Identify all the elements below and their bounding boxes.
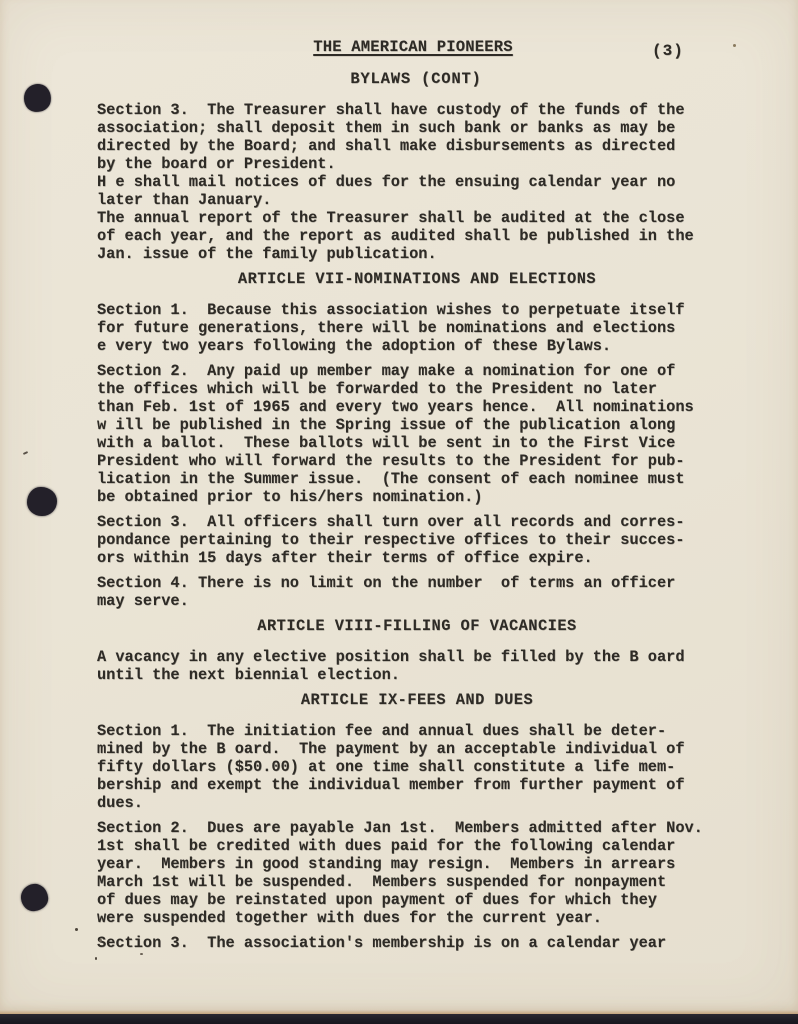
paragraph-vacancy: A vacancy in any elective position shall… — [97, 648, 737, 684]
paragraph-section3-membership: Section 3. The association's membership … — [97, 934, 737, 952]
page-number: (3) — [652, 42, 684, 60]
heading-article-ix: ARTICLE IX-FEES AND DUES — [97, 691, 737, 709]
paragraph-section1-nominations: Section 1. Because this association wish… — [97, 301, 737, 355]
heading-article-viii: ARTICLE VIII-FILLING OF VACANCIES — [97, 617, 737, 635]
page-header: THE AMERICAN PIONEERS (3) — [0, 0, 798, 56]
paragraph-section1-fees: Section 1. The initiation fee and annual… — [97, 722, 737, 812]
paper-speck — [140, 953, 143, 955]
page-subtitle: BYLAWS (CONT) — [0, 70, 798, 88]
paragraph-section3-records: Section 3. All officers shall turn over … — [97, 513, 737, 567]
paper-speck — [75, 928, 78, 931]
document-body: Section 3. The Treasurer shall have cust… — [0, 101, 737, 952]
paragraph-section2-nominations: Section 2. Any paid up member may make a… — [97, 362, 737, 506]
paragraph-section4-terms: Section 4. There is no limit on the numb… — [97, 574, 737, 610]
paper-speck — [99, 939, 102, 942]
heading-article-vii: ARTICLE VII-NOMINATIONS AND ELECTIONS — [97, 270, 737, 288]
page-title: THE AMERICAN PIONEERS — [313, 38, 513, 56]
scanner-background — [0, 1014, 798, 1024]
punch-hole-middle — [27, 487, 57, 516]
paragraph-section2-dues: Section 2. Dues are payable Jan 1st. Mem… — [97, 819, 737, 927]
paper-sheet: THE AMERICAN PIONEERS (3) BYLAWS (CONT) … — [0, 0, 798, 1015]
paragraph-section3-treasurer: Section 3. The Treasurer shall have cust… — [97, 101, 737, 263]
scanned-document: THE AMERICAN PIONEERS (3) BYLAWS (CONT) … — [0, 0, 798, 1024]
paper-speck — [95, 957, 97, 960]
